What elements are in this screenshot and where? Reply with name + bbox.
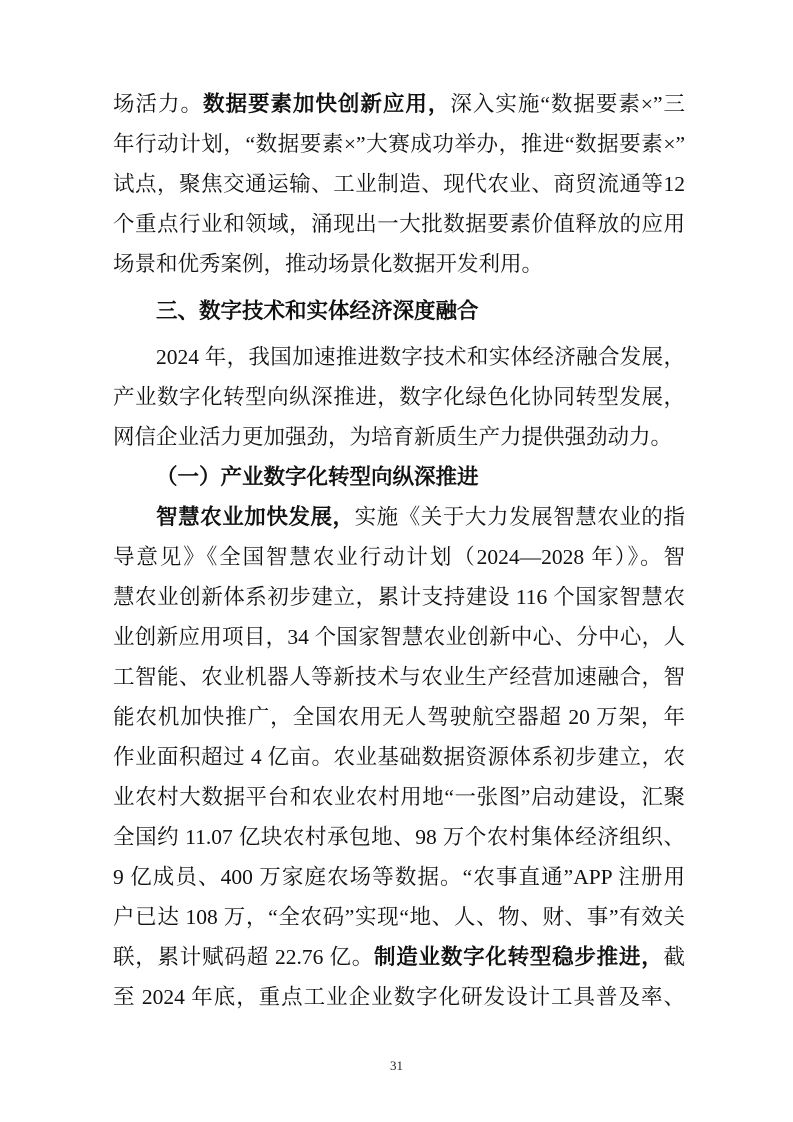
text-run: 业创新应用项目，34 个国家智慧农业创新中心、分中心，人 [113,625,685,649]
bold-text-run: 智慧农业加快发展， [156,505,355,529]
text-line: 智慧农业加快发展，实施《关于大力发展智慧农业的指 [113,497,685,537]
text-run: 业农村大数据平台和农业农村用地“一张图”启动建设，汇聚 [113,785,685,809]
text-run: 至 2024 年底，重点工业企业数字化研发设计工具普及率、 [113,985,685,1009]
bold-text-run: 数据要素加快创新应用， [203,92,450,116]
page-number: 31 [0,1058,793,1074]
text-run: 慧农业创新体系初步建立，累计支持建设 116 个国家智慧农 [113,585,685,609]
text-run: 导意见》《全国智慧农业行动计划（2024—2028 年）》。智 [113,545,685,569]
text-run: 场活力。 [113,92,203,116]
text-line: 导意见》《全国智慧农业行动计划（2024—2028 年）》。智 [113,537,685,577]
text-run: 作业面积超过 4 亿亩。农业基础数据资源体系初步建立，农 [113,745,685,769]
text-run: 网信企业活力更加强劲，为培育新质生产力提供强劲动力。 [113,425,672,449]
text-run: 工智能、农业机器人等新技术与农业生产经营加速融合，智 [113,665,685,689]
text-line: 试点，聚焦交通运输、工业制造、现代农业、商贸流通等12 [113,164,685,204]
text-line: 场景和优秀案例，推动场景化数据开发利用。 [113,244,685,284]
subsection-heading: （一）产业数字化转型向纵深推进 [113,457,685,497]
text-run: 联，累计赋码超 22.76 亿。 [113,945,374,969]
text-run: 个重点行业和领域，涌现出一大批数据要素价值释放的应用 [113,212,685,236]
text-line: 能农机加快推广，全国农用无人驾驶航空器超 20 万架，年 [113,697,685,737]
text-run: 能农机加快推广，全国农用无人驾驶航空器超 20 万架，年 [113,705,685,729]
text-line: 场活力。数据要素加快创新应用，深入实施“数据要素×”三 [113,84,685,124]
text-run: 场景和优秀案例，推动场景化数据开发利用。 [113,252,543,276]
section-heading: 三、数字技术和实体经济深度融合 [113,291,685,331]
text-run: 实施《关于大力发展智慧农业的指 [355,505,685,529]
text-line: 作业面积超过 4 亿亩。农业基础数据资源体系初步建立，农 [113,737,685,777]
text-run: 2024 年，我国加速推进数字技术和实体经济融合发展， [156,345,685,369]
text-run: 产业数字化转型向纵深推进，数字化绿色化协同转型发展， [113,385,685,409]
paragraph-2024-overview: 2024 年，我国加速推进数字技术和实体经济融合发展，产业数字化转型向纵深推进，… [113,337,685,457]
text-run: 截 [663,945,685,969]
text-run: 深入实施“数据要素×”三 [450,92,685,116]
bold-text-run: 制造业数字化转型稳步推进， [374,945,663,969]
text-run: 试点，聚焦交通运输、工业制造、现代农业、商贸流通等12 [113,172,685,196]
text-line: 至 2024 年底，重点工业企业数字化研发设计工具普及率、 [113,977,685,1017]
text-line: 2024 年，我国加速推进数字技术和实体经济融合发展， [113,337,685,377]
text-line: 个重点行业和领域，涌现出一大批数据要素价值释放的应用 [113,204,685,244]
text-line: 联，累计赋码超 22.76 亿。制造业数字化转型稳步推进，截 [113,937,685,977]
text-line: 业创新应用项目，34 个国家智慧农业创新中心、分中心，人 [113,617,685,657]
text-line: 工智能、农业机器人等新技术与农业生产经营加速融合，智 [113,657,685,697]
text-line: 慧农业创新体系初步建立，累计支持建设 116 个国家智慧农 [113,577,685,617]
text-line: 年行动计划，“数据要素×”大赛成功举办，推进“数据要素×” [113,124,685,164]
text-run: 年行动计划，“数据要素×”大赛成功举办，推进“数据要素×” [113,132,685,156]
text-run: 9 亿成员、400 万家庭农场等数据。“农事直通”APP 注册用 [113,865,685,889]
text-line: 9 亿成员、400 万家庭农场等数据。“农事直通”APP 注册用 [113,857,685,897]
text-run: 全国约 11.07 亿块农村承包地、98 万个农村集体经济组织、 [113,825,685,849]
paragraph-data-elements: 场活力。数据要素加快创新应用，深入实施“数据要素×”三年行动计划，“数据要素×”… [113,84,685,284]
document-page: 场活力。数据要素加快创新应用，深入实施“数据要素×”三年行动计划，“数据要素×”… [0,0,793,1122]
text-line: 全国约 11.07 亿块农村承包地、98 万个农村集体经济组织、 [113,817,685,857]
text-line: 户已达 108 万，“全农码”实现“地、人、物、财、事”有效关 [113,897,685,937]
document-body: 场活力。数据要素加快创新应用，深入实施“数据要素×”三年行动计划，“数据要素×”… [113,84,685,1017]
text-run: 户已达 108 万，“全农码”实现“地、人、物、财、事”有效关 [113,905,685,929]
paragraph-smart-agriculture: 智慧农业加快发展，实施《关于大力发展智慧农业的指导意见》《全国智慧农业行动计划（… [113,497,685,1017]
text-line: 网信企业活力更加强劲，为培育新质生产力提供强劲动力。 [113,417,685,457]
text-line: 业农村大数据平台和农业农村用地“一张图”启动建设，汇聚 [113,777,685,817]
text-line: 产业数字化转型向纵深推进，数字化绿色化协同转型发展， [113,377,685,417]
